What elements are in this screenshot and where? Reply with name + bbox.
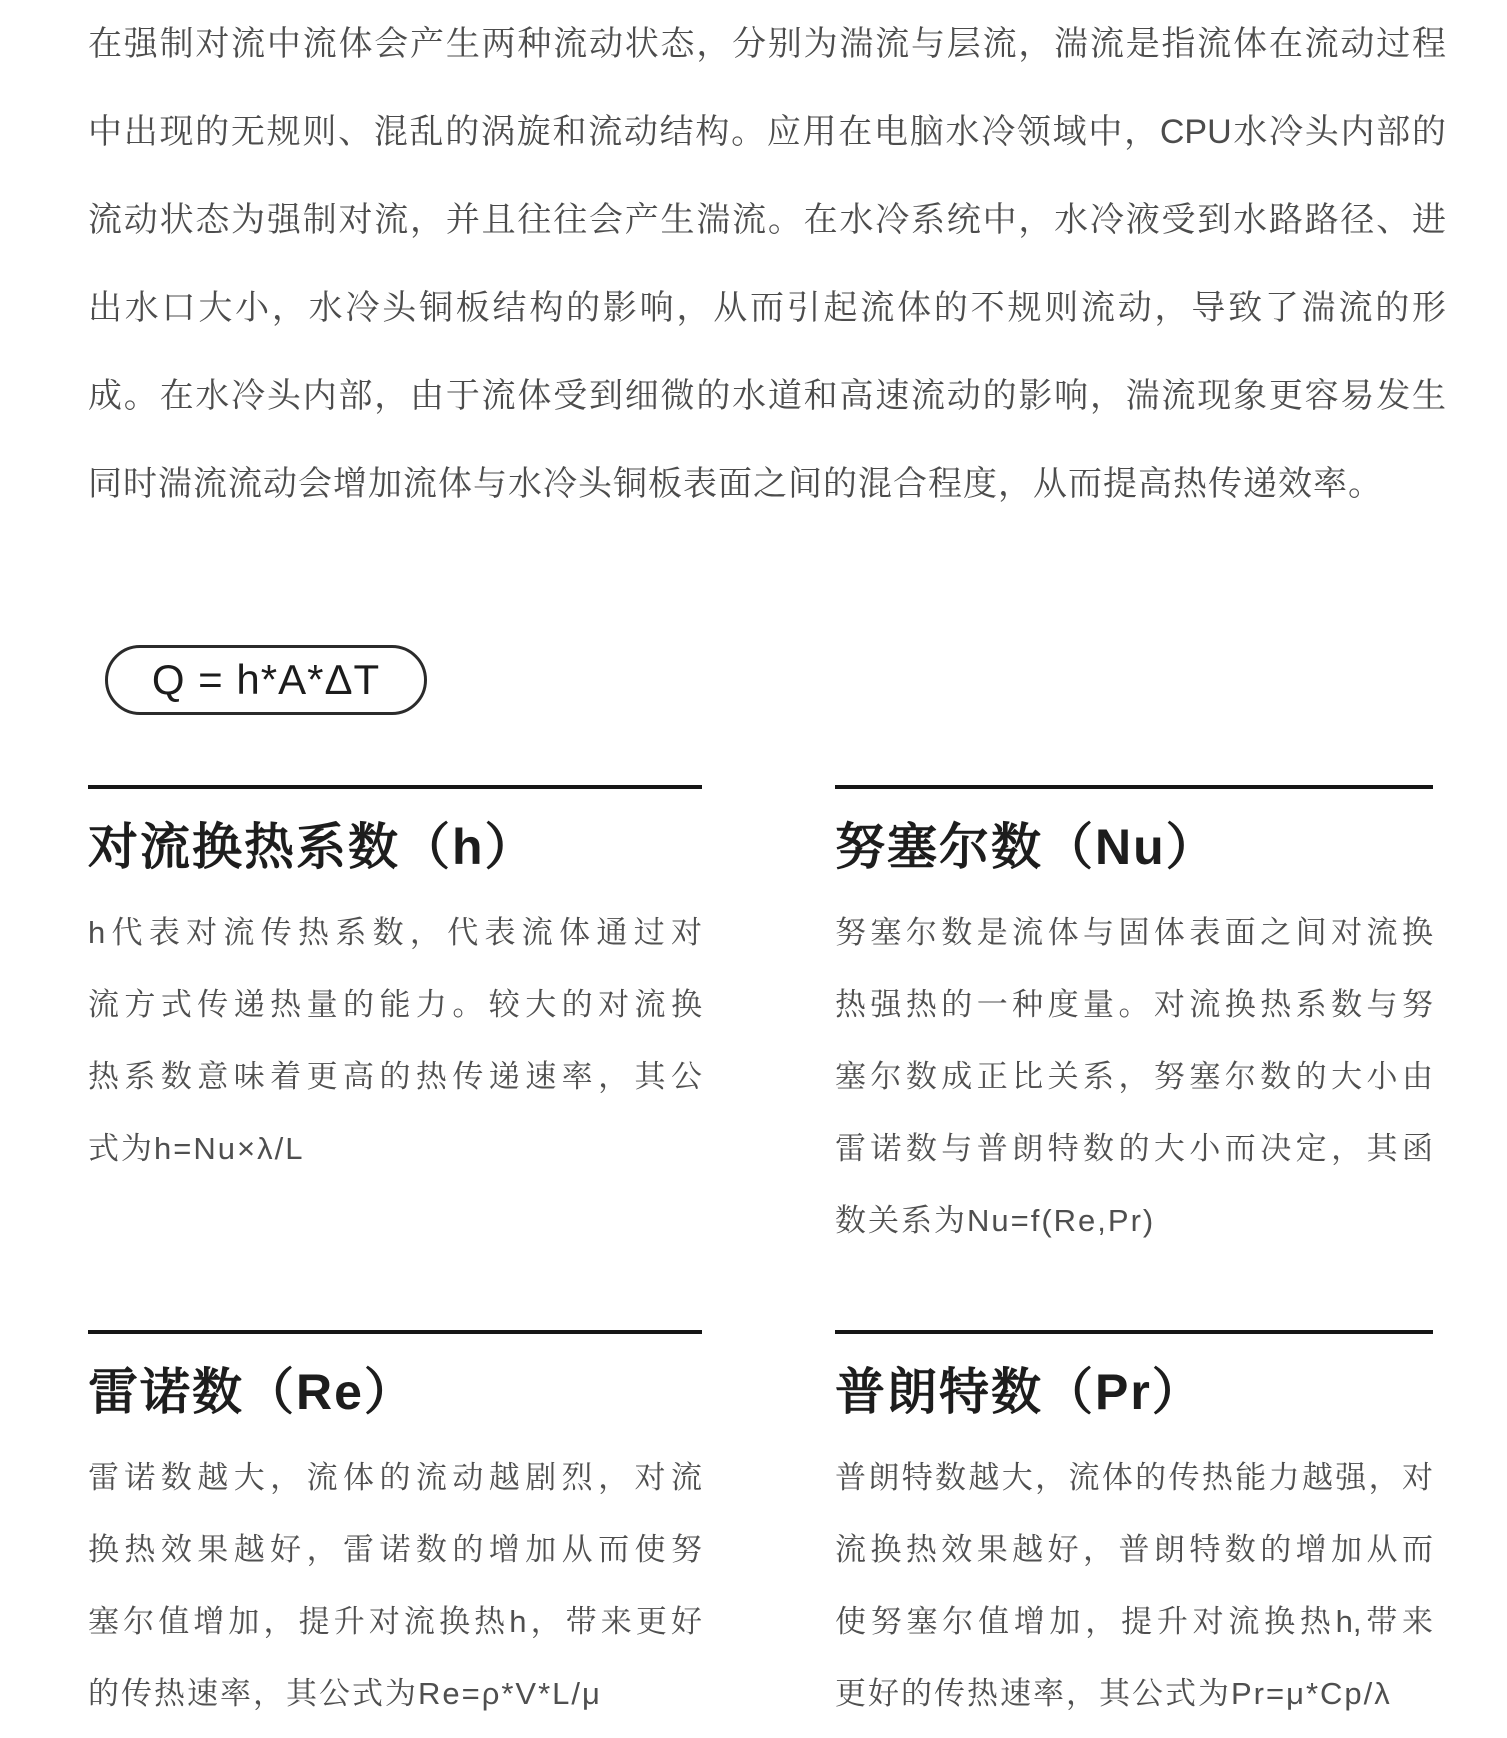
section-title: 雷诺数（Re） <box>88 1362 702 1422</box>
section-body: 普朗特数越大，流体的传热能力越强，对 流换热效果越好，普朗特数的增加从而 使努塞… <box>835 1442 1433 1730</box>
section-divider <box>88 785 702 789</box>
body-line: 塞尔数成正比关系，努塞尔数的大小由 <box>835 1041 1433 1113</box>
body-line: 雷诺数越大，流体的流动越剧烈，对流 <box>88 1442 702 1514</box>
body-line: 热强热的一种度量。对流换热系数与努 <box>835 969 1433 1041</box>
body-line: 热系数意味着更高的热传递速率，其公 <box>88 1041 702 1113</box>
section-body: 雷诺数越大，流体的流动越剧烈，对流 换热效果越好，雷诺数的增加从而使努 塞尔值增… <box>88 1442 702 1730</box>
section-divider <box>88 1330 702 1334</box>
body-line-formula: 更好的传热速率，其公式为Pr=μ*Cp/λ <box>835 1658 1433 1730</box>
body-line-formula: 数关系为Nu=f(Re,Pr) <box>835 1185 1433 1257</box>
body-line: h代表对流传热系数，代表流体通过对 <box>88 897 702 969</box>
section-title: 对流换热系数（h） <box>88 817 702 877</box>
intro-line-5: 成。在水冷头内部，由于流体受到细微的水道和高速流动的影响，湍流现象更容易发生 <box>88 352 1446 440</box>
intro-line-2: 中出现的无规则、混乱的涡旋和流动结构。应用在电脑水冷领域中，CPU水冷头内部的 <box>88 88 1446 176</box>
section-reynolds-number: 雷诺数（Re） 雷诺数越大，流体的流动越剧烈，对流 换热效果越好，雷诺数的增加从… <box>88 1330 702 1730</box>
body-line-formula: 的传热速率，其公式为Re=ρ*V*L/μ <box>88 1658 702 1730</box>
body-line: 雷诺数与普朗特数的大小而决定，其函 <box>835 1113 1433 1185</box>
body-line: 流换热效果越好，普朗特数的增加从而 <box>835 1514 1433 1586</box>
body-line: 流方式传递热量的能力。较大的对流换 <box>88 969 702 1041</box>
intro-line-3: 流动状态为强制对流，并且往往会产生湍流。在水冷系统中，水冷液受到水路路径、进 <box>88 176 1446 264</box>
heat-transfer-formula-badge: Q = h*A*ΔT <box>105 645 427 715</box>
section-divider <box>835 1330 1433 1334</box>
sections-grid: 对流换热系数（h） h代表对流传热系数，代表流体通过对 流方式传递热量的能力。较… <box>88 785 1433 1730</box>
section-body: h代表对流传热系数，代表流体通过对 流方式传递热量的能力。较大的对流换 热系数意… <box>88 897 702 1185</box>
intro-paragraph: 在强制对流中流体会产生两种流动状态，分别为湍流与层流，湍流是指流体在流动过程 中… <box>88 0 1446 528</box>
body-line: 普朗特数越大，流体的传热能力越强，对 <box>835 1442 1433 1514</box>
intro-line-4: 出水口大小，水冷头铜板结构的影响，从而引起流体的不规则流动，导致了湍流的形 <box>88 264 1446 352</box>
section-title: 普朗特数（Pr） <box>835 1362 1433 1422</box>
section-convective-heat-transfer-coefficient: 对流换热系数（h） h代表对流传热系数，代表流体通过对 流方式传递热量的能力。较… <box>88 785 702 1257</box>
body-line: 使努塞尔值增加，提升对流换热h,带来 <box>835 1586 1433 1658</box>
intro-line-6: 同时湍流流动会增加流体与水冷头铜板表面之间的混合程度，从而提高热传递效率。 <box>88 440 1446 528</box>
body-line: 努塞尔数是流体与固体表面之间对流换 <box>835 897 1433 969</box>
section-body: 努塞尔数是流体与固体表面之间对流换 热强热的一种度量。对流换热系数与努 塞尔数成… <box>835 897 1433 1257</box>
body-line-formula: 式为h=Nu×λ/L <box>88 1113 702 1185</box>
section-prandtl-number: 普朗特数（Pr） 普朗特数越大，流体的传热能力越强，对 流换热效果越好，普朗特数… <box>835 1330 1433 1730</box>
formula-text: Q = h*A*ΔT <box>152 656 380 704</box>
section-title: 努塞尔数（Nu） <box>835 817 1433 877</box>
intro-line-1: 在强制对流中流体会产生两种流动状态，分别为湍流与层流，湍流是指流体在流动过程 <box>88 0 1446 88</box>
product-description-page: 在强制对流中流体会产生两种流动状态，分别为湍流与层流，湍流是指流体在流动过程 中… <box>0 0 1507 1738</box>
body-line: 换热效果越好，雷诺数的增加从而使努 <box>88 1514 702 1586</box>
section-nusselt-number: 努塞尔数（Nu） 努塞尔数是流体与固体表面之间对流换 热强热的一种度量。对流换热… <box>835 785 1433 1257</box>
section-divider <box>835 785 1433 789</box>
body-line: 塞尔值增加，提升对流换热h，带来更好 <box>88 1586 702 1658</box>
